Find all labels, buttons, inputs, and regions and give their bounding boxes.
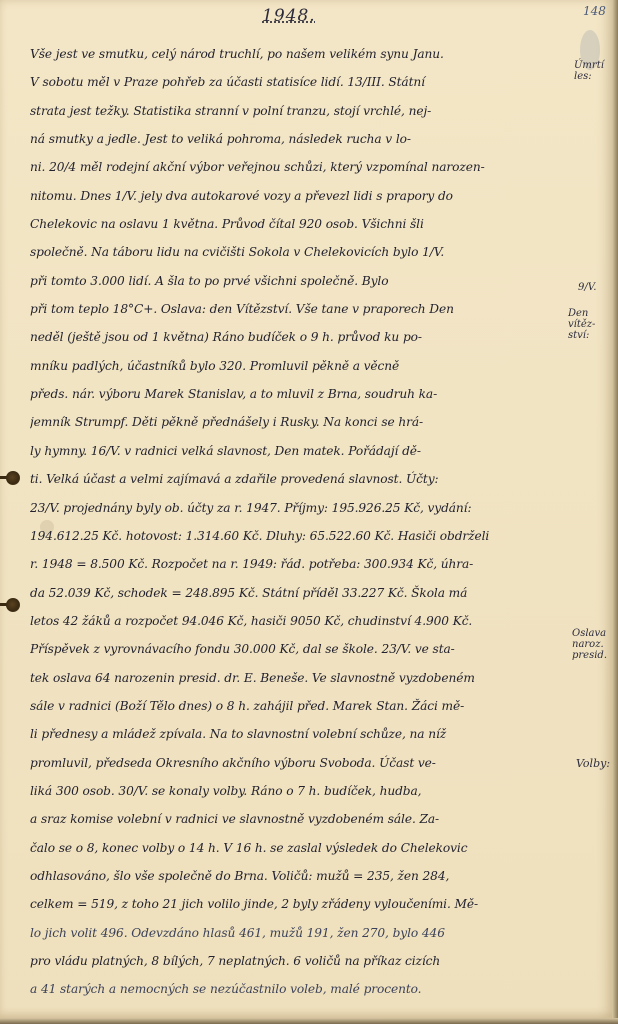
- margin-note-umrti: Úmrtí les:: [574, 60, 608, 82]
- text-line: společně. Na táboru lidu na cvičišti Sok…: [30, 238, 560, 266]
- text-line: čalo se o 8, konec volby o 14 h. V 16 h.…: [30, 834, 560, 862]
- punch-hole-bottom: [6, 598, 20, 612]
- year-heading: 1948.: [262, 6, 316, 26]
- punch-hole-top: [6, 471, 20, 485]
- text-line: promluvil, předseda Okresního akčního vý…: [30, 749, 560, 777]
- page-number: 148: [583, 4, 606, 18]
- text-line: celkem = 519, z toho 21 jich volilo jind…: [30, 890, 560, 918]
- margin-note-den-vitezstvi: Den vítěz-ství:: [568, 308, 608, 341]
- text-line: li přednesy a mládež zpívala. Na to slav…: [30, 720, 560, 748]
- text-line: ti. Velká účast a velmi zajímavá a zdaři…: [30, 465, 560, 493]
- text-line: mníku padlých, účastníků bylo 320. Proml…: [30, 352, 560, 380]
- text-line: Chelekovic na oslavu 1 května. Průvod čí…: [30, 210, 560, 238]
- text-line: letos 42 žáků a rozpočet 94.046 Kč, hasi…: [30, 607, 560, 635]
- text-line: Vše jest ve smutku, celý národ truchlí, …: [30, 40, 560, 68]
- text-line: r. 1948 = 8.500 Kč. Rozpočet na r. 1949:…: [30, 550, 560, 578]
- text-line: při tomto 3.000 lidí. A šla to po prvé v…: [30, 267, 560, 295]
- text-line: lo jich volit 496. Odevzdáno hlasů 461, …: [30, 919, 560, 947]
- text-line: tek oslava 64 narozenin presid. dr. E. B…: [30, 664, 560, 692]
- text-line: ly hymny. 16/V. v radnici velká slavnost…: [30, 437, 560, 465]
- text-line: liká 300 osob. 30/V. se konaly volby. Rá…: [30, 777, 560, 805]
- text-line: 194.612.25 Kč. hotovost: 1.314.60 Kč. Dl…: [30, 522, 560, 550]
- text-line: a sraz komise volební v radnici ve slavn…: [30, 805, 560, 833]
- chronicle-page: 1948. 148 Vše jest ve smutku, celý národ…: [0, 0, 612, 1018]
- text-line: předs. nár. výboru Marek Stanislav, a to…: [30, 380, 560, 408]
- text-line: odhlasováno, šlo vše společně do Brna. V…: [30, 862, 560, 890]
- text-line: sále v radnici (Boží Tělo dnes) o 8 h. z…: [30, 692, 560, 720]
- handwritten-text-body: Vše jest ve smutku, celý národ truchlí, …: [30, 40, 560, 1004]
- text-line: při tom teplo 18°C+. Oslava: den Vítězst…: [30, 295, 560, 323]
- text-line: ná smutky a jedle. Jest to veliká pohrom…: [30, 125, 560, 153]
- text-line: neděl (ještě jsou od 1 května) Ráno budí…: [30, 323, 560, 351]
- margin-note-oslava: Oslava naroz. presid.: [572, 628, 610, 661]
- margin-note-date: 9/V.: [578, 282, 608, 293]
- text-line: Příspěvek z vyrovnávacího fondu 30.000 K…: [30, 635, 560, 663]
- text-line: V sobotu měl v Praze pohřeb za účasti st…: [30, 68, 560, 96]
- text-line: nitomu. Dnes 1/V. jely dva autokarové vo…: [30, 182, 560, 210]
- text-line: a 41 starých a nemocných se nezúčastnilo…: [30, 975, 560, 1003]
- text-line: strata jest težky. Statistika stranní v …: [30, 97, 560, 125]
- page-edge-right: [612, 0, 618, 1024]
- text-line: pro vládu platných, 8 bílých, 7 neplatný…: [30, 947, 560, 975]
- margin-note-volby: Volby:: [576, 758, 610, 769]
- text-line: da 52.039 Kč, schodek = 248.895 Kč. Stát…: [30, 579, 560, 607]
- text-line: ni. 20/4 měl rodejní akční výbor veřejno…: [30, 153, 560, 181]
- page-edge-bottom: [0, 1018, 618, 1024]
- text-line: jemník Strumpf. Děti pěkně přednášely i …: [30, 408, 560, 436]
- text-line: 23/V. projednány byly ob. účty za r. 194…: [30, 494, 560, 522]
